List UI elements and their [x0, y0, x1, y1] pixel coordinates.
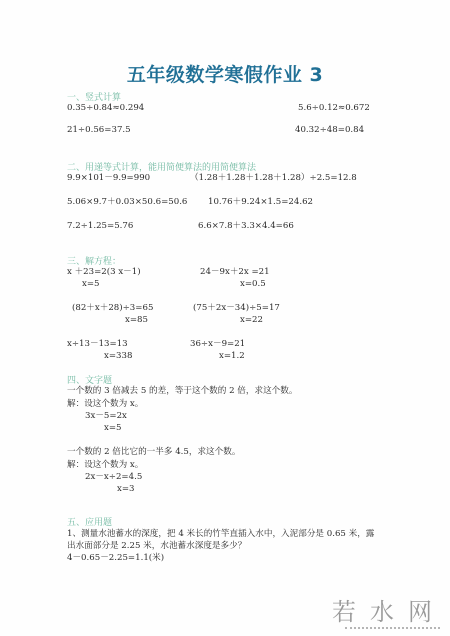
section-1-heading: 一、竖式计算	[67, 90, 121, 103]
section-5-heading: 五、应用题	[67, 515, 112, 528]
s3-ans-3: x=85	[125, 315, 148, 326]
s3-eq-2: 24－9x＋2x =21	[200, 267, 270, 278]
s1-item-3: 21÷0.56=37.5	[67, 125, 131, 136]
s5-q1-line1: 1、测量水池蓄水的深度，把 4 米长的竹竿直插入水中，入泥部分是 0.65 米，…	[67, 529, 374, 540]
s2-item-5: 7.2÷1.25=5.76	[67, 221, 133, 232]
s3-eq-5: x÷13－13=13	[67, 339, 128, 350]
s1-item-4: 40.32÷48=0.84	[295, 125, 364, 136]
s4-q2-question: 一个数的 2 倍比它的一半多 4.5，求这个数。	[67, 447, 240, 458]
s3-ans-1: x=5	[82, 279, 100, 290]
s4-q2-step1: 2x－x÷2=4.5	[85, 472, 142, 483]
section-3-heading: 三、解方程：	[67, 254, 121, 267]
s4-q1-step1: 3x－5=2x	[85, 411, 127, 422]
watermark-logo: 若水网	[332, 592, 446, 627]
s3-eq-4: (75＋2x－34)÷5=17	[193, 303, 280, 314]
watermark-underline	[345, 627, 440, 631]
s3-ans-2: x=0.5	[240, 279, 266, 290]
s4-q2-solve: 解：设这个数为 x。	[67, 460, 143, 471]
s2-item-1: 9.9×101－9.9=990	[67, 173, 150, 184]
page-title: 五年级数学寒假作业 3	[0, 60, 450, 87]
s4-q2-step2: x=3	[117, 484, 135, 495]
s3-ans-5: x=338	[104, 351, 132, 362]
worksheet-page: 五年级数学寒假作业 3 一、竖式计算 0.35÷0.84≈0.294 5.6÷0…	[0, 0, 450, 636]
s5-q1-answer: 4－0.65－2.25=1.1(米)	[67, 553, 164, 564]
s3-eq-1: x ＋23=2(3 x－1)	[67, 267, 141, 278]
s1-item-1: 0.35÷0.84≈0.294	[67, 103, 144, 114]
s3-eq-3: (82＋x＋28)÷3=65	[72, 303, 153, 314]
s2-item-4: 10.76＋9.24×1.5=24.62	[208, 197, 313, 208]
s3-eq-6: 36÷x－9=21	[190, 339, 245, 350]
s2-item-6: 6.6×7.8＋3.3×4.4=66	[198, 221, 294, 232]
s3-ans-4: x=22	[240, 315, 263, 326]
s5-q1-line2: 出水面部分是 2.25 米，水池蓄水深度是多少？	[67, 541, 246, 552]
s2-item-2: （1.28＋1.28＋1.28＋1.28）÷2.5=12.8	[190, 173, 357, 184]
s4-q1-question: 一个数的 3 倍减去 5 的差，等于这个数的 2 倍，求这个数。	[67, 386, 297, 397]
section-2-heading: 二、用递等式计算，能用简便算法的用简便算法	[67, 160, 256, 173]
section-4-heading: 四、文字题	[67, 373, 112, 386]
s4-q1-step2: x=5	[104, 423, 122, 434]
s1-item-2: 5.6÷0.12≈0.672	[298, 103, 370, 114]
s3-ans-6: x=1.2	[219, 351, 245, 362]
s4-q1-solve: 解：设这个数为 x。	[67, 399, 143, 410]
s2-item-3: 5.06×9.7＋0.03×50.6=50.6	[67, 197, 187, 208]
